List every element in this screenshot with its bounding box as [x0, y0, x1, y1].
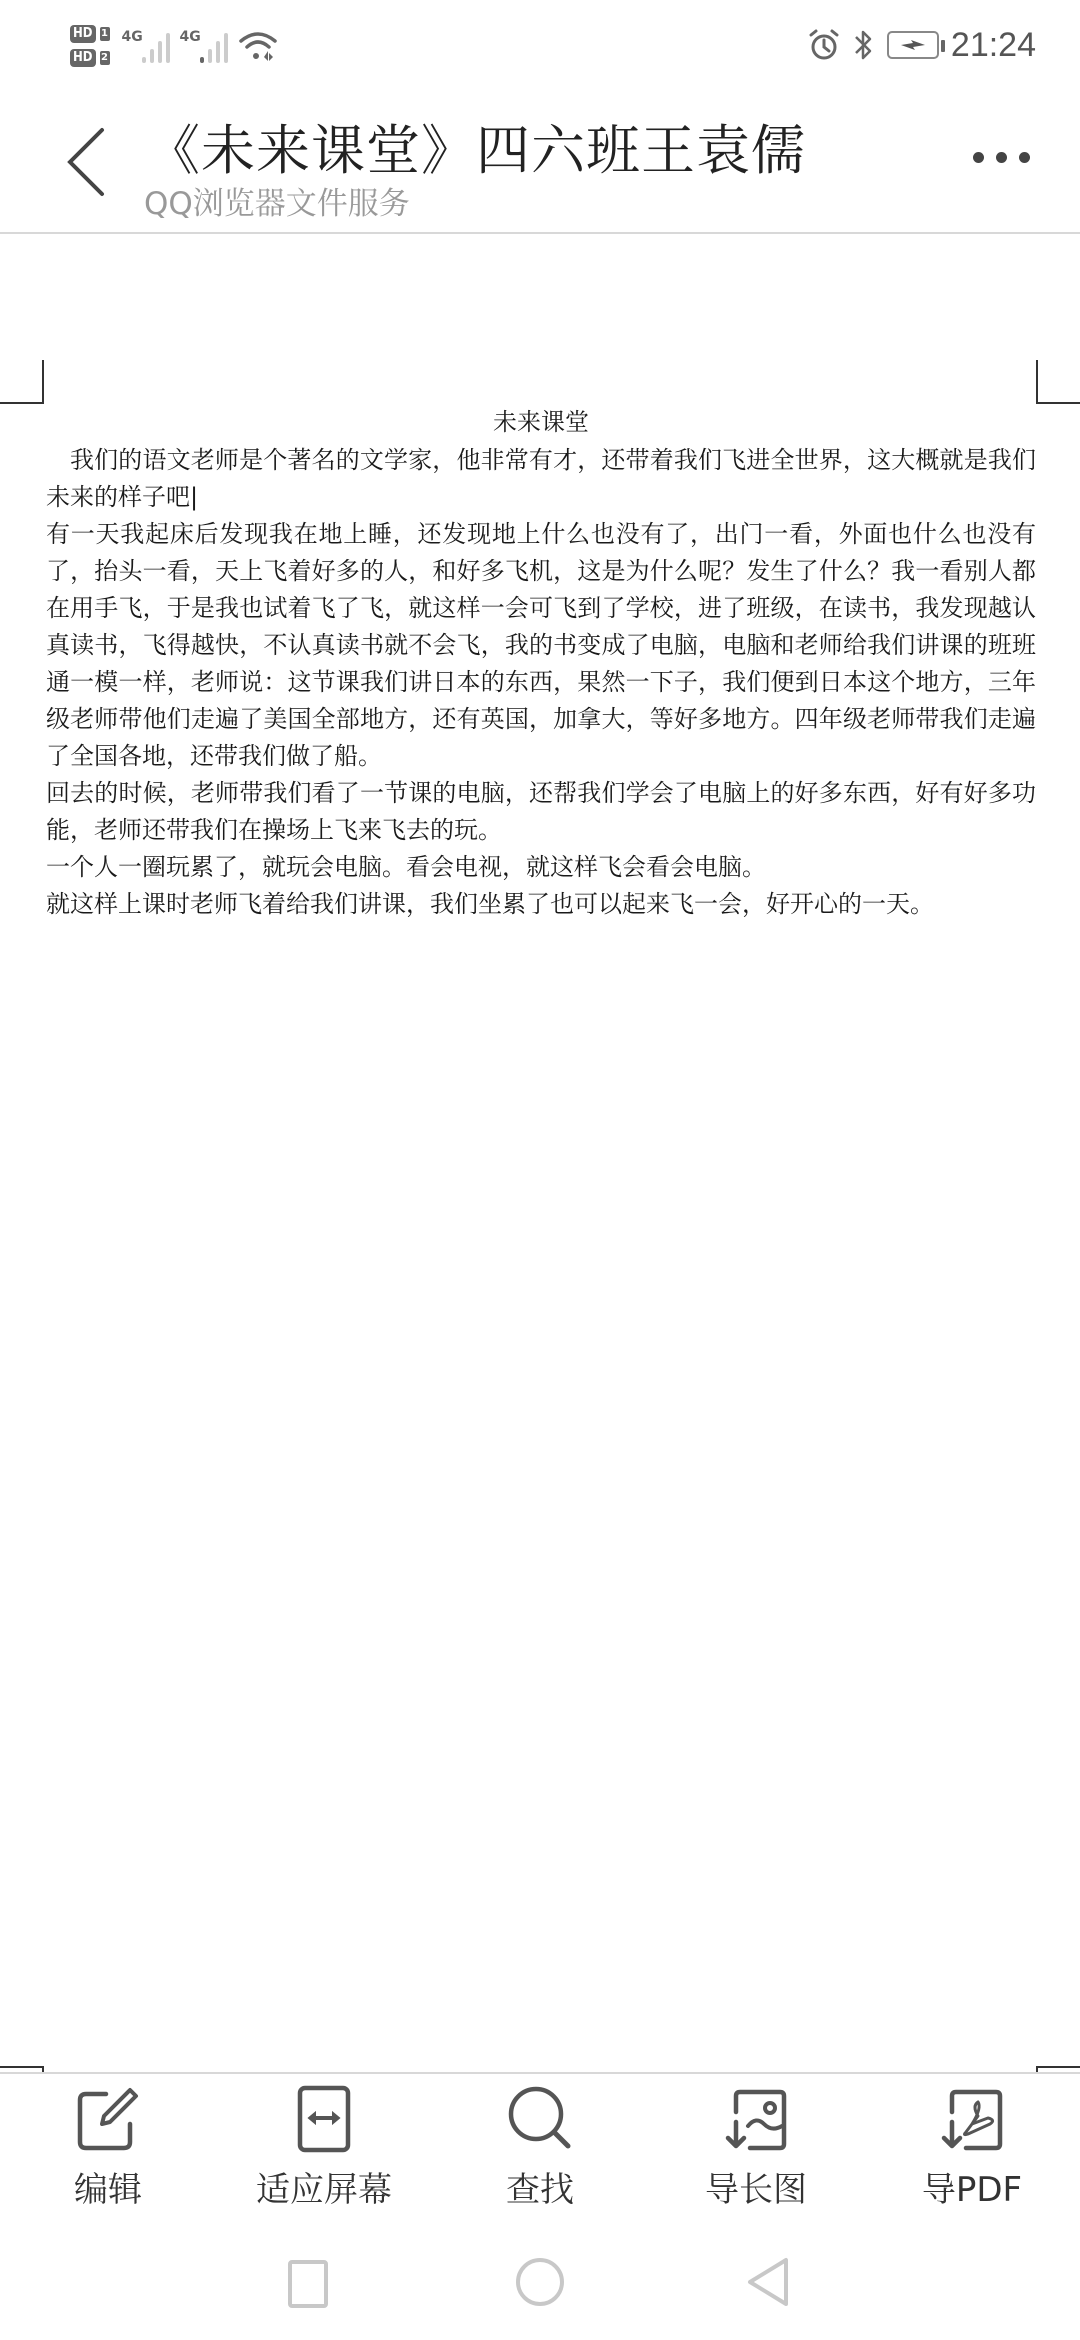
page-title: 《未来课堂》四六班王袁儒	[146, 108, 806, 185]
fit-screen-button[interactable]: 适应屏幕	[224, 2084, 424, 2211]
bottom-toolbar: 编辑 适应屏幕 查找 导长图 导PDF	[0, 2072, 1080, 2222]
title-bar: 《未来课堂》四六班王袁儒 QQ浏览器文件服务	[0, 90, 1080, 234]
back-button[interactable]	[60, 120, 120, 200]
search-label: 查找	[506, 2162, 574, 2211]
document-paragraph: 一个人一圈玩累了，就玩会电脑。看会电视，就这样飞会看会电脑。	[46, 849, 1036, 886]
export-image-icon	[720, 2084, 792, 2156]
more-dots-icon	[973, 152, 984, 163]
document-paragraph: 我们的语文老师是个著名的文学家，他非常有才，还带着我们飞进全世界，这大概就是我们…	[46, 442, 1036, 516]
battery-charging-icon	[887, 31, 939, 59]
edit-label: 编辑	[74, 2162, 142, 2211]
hd-icon: HD 1 HD 2	[70, 25, 110, 67]
bluetooth-icon	[853, 28, 875, 62]
chevron-left-icon	[60, 120, 120, 200]
network-type-2: 4G	[180, 29, 201, 45]
more-button[interactable]	[973, 152, 1030, 163]
system-nav-bar	[0, 2222, 1080, 2340]
sim-2-number: 2	[100, 51, 110, 65]
signal-icon: 4G	[122, 29, 170, 63]
page-corner-mark	[1036, 360, 1080, 404]
document-content: 未来课堂 我们的语文老师是个著名的文学家，他非常有才，还带着我们飞进全世界，这大…	[46, 404, 1036, 923]
fit-screen-icon	[288, 2084, 360, 2156]
export-long-image-button[interactable]: 导长图	[656, 2084, 856, 2211]
export-long-image-label: 导长图	[705, 2162, 807, 2211]
search-icon	[504, 2084, 576, 2156]
hd-badge-1: HD	[70, 25, 96, 43]
alarm-icon	[807, 28, 841, 62]
edit-button[interactable]: 编辑	[8, 2084, 208, 2211]
export-pdf-button[interactable]: 导PDF	[872, 2084, 1072, 2211]
document-heading: 未来课堂	[46, 404, 1036, 441]
export-pdf-icon	[936, 2084, 1008, 2156]
sim-1-number: 1	[100, 27, 110, 41]
document-paragraph: 就这样上课时老师飞着给我们讲课，我们坐累了也可以起来飞一会，好开心的一天。	[46, 886, 1036, 923]
hd-badge-2: HD	[70, 49, 96, 67]
document-viewer[interactable]: 未来课堂 我们的语文老师是个著名的文学家，他非常有才，还带着我们飞进全世界，这大…	[0, 236, 1080, 2072]
back-triangle-icon	[740, 2252, 800, 2312]
status-left: HD 1 HD 2 4G 4G	[70, 18, 278, 74]
wifi-icon	[238, 29, 278, 63]
page-subtitle: QQ浏览器文件服务	[144, 178, 410, 223]
search-button[interactable]: 查找	[440, 2084, 640, 2211]
edit-icon	[72, 2084, 144, 2156]
status-right: 21:24	[807, 22, 1036, 68]
signal-icon-2: 4G	[180, 29, 228, 63]
fit-screen-label: 适应屏幕	[256, 2162, 392, 2211]
export-pdf-label: 导PDF	[922, 2162, 1022, 2211]
home-button[interactable]	[510, 2252, 570, 2312]
page-corner-mark	[0, 360, 44, 404]
recents-square-icon	[280, 2252, 340, 2312]
clock-time: 21:24	[951, 26, 1036, 65]
status-bar: HD 1 HD 2 4G 4G	[0, 0, 1080, 90]
nav-back-button[interactable]	[740, 2252, 800, 2312]
home-circle-icon	[510, 2252, 570, 2312]
recents-button[interactable]	[280, 2252, 340, 2312]
network-type-1: 4G	[122, 29, 143, 45]
document-paragraph: 回去的时候，老师带我们看了一节课的电脑，还帮我们学会了电脑上的好多东西，好有好多…	[46, 775, 1036, 849]
document-paragraph: 有一天我起床后发现我在地上睡，还发现地上什么也没有了，出门一看，外面也什么也没有…	[46, 516, 1036, 775]
